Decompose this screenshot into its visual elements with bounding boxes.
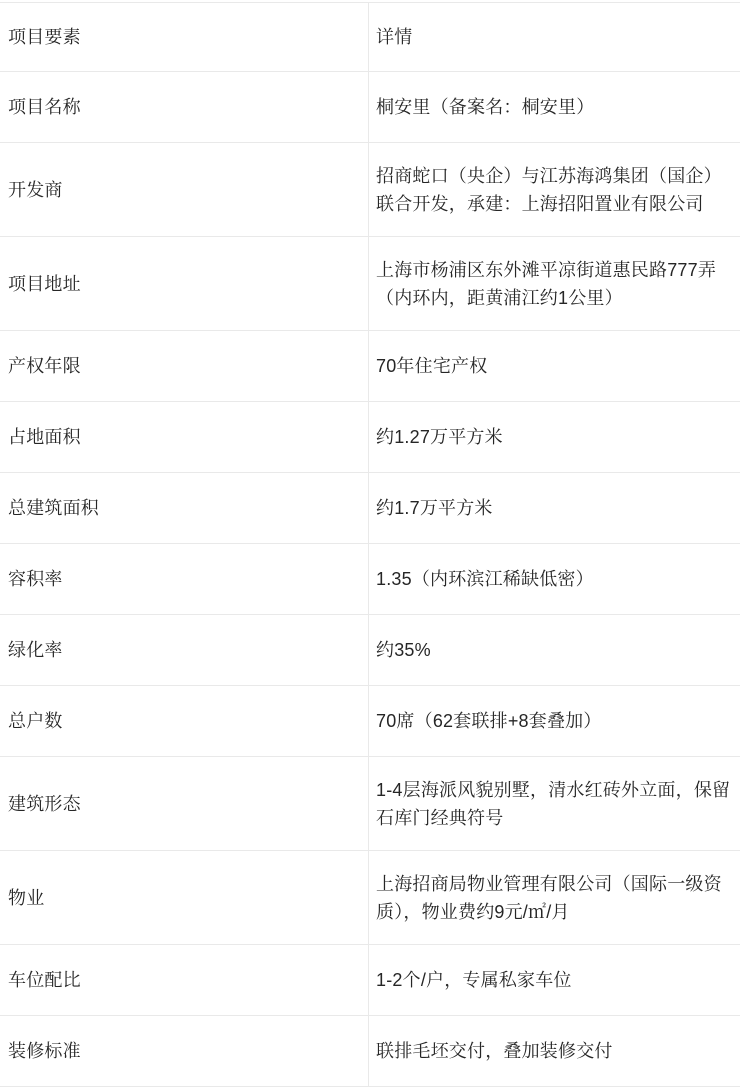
row-key: 开发商 [0,143,368,236]
row-key: 产权年限 [0,331,368,401]
row-key: 物业 [0,851,368,944]
table-row-plot-ratio: 容积率 1.35（内环滨江稀缺低密） [0,544,740,615]
table-row-developer: 开发商 招商蛇口（央企）与江苏海鸿集团（国企） 联合开发，承建：上海招阳置业有限… [0,143,740,237]
row-key: 绿化率 [0,615,368,685]
row-value: 1-2个/户，专属私家车位 [368,945,740,1015]
row-key: 总建筑面积 [0,473,368,543]
table-row-parking-ratio: 车位配比 1-2个/户，专属私家车位 [0,945,740,1016]
row-value: 约1.7万平方米 [368,473,740,543]
table-row-project-name: 项目名称 桐安里（备案名：桐安里） [0,72,740,143]
row-value: 招商蛇口（央企）与江苏海鸿集团（国企） 联合开发，承建：上海招阳置业有限公司 [368,143,740,236]
row-key: 占地面积 [0,402,368,472]
row-value: 上海招商局物业管理有限公司（国际一级资 质），物业费约9元/㎡/月 [368,851,740,944]
table-row-decoration-standard: 装修标准 联排毛坯交付，叠加装修交付 [0,1016,740,1087]
row-key: 车位配比 [0,945,368,1015]
row-value: 1.35（内环滨江稀缺低密） [368,544,740,614]
table-row-floor-area: 总建筑面积 约1.7万平方米 [0,473,740,544]
row-key: 项目地址 [0,237,368,330]
row-key: 总户数 [0,686,368,756]
table-row-greening-rate: 绿化率 约35% [0,615,740,686]
table-row-property-management: 物业 上海招商局物业管理有限公司（国际一级资 质），物业费约9元/㎡/月 [0,851,740,945]
table-row-building-form: 建筑形态 1-4层海派风貌别墅，清水红砖外立面，保留 石库门经典符号 [0,757,740,851]
row-value: 桐安里（备案名：桐安里） [368,72,740,142]
table-row-land-area: 占地面积 约1.27万平方米 [0,402,740,473]
row-value: 约35% [368,615,740,685]
project-info-table: 项目要素 详情 项目名称 桐安里（备案名：桐安里） 开发商 招商蛇口（央企）与江… [0,2,740,1087]
row-value: 联排毛坯交付，叠加装修交付 [368,1016,740,1086]
table-row-tenure: 产权年限 70年住宅产权 [0,331,740,402]
row-value: 上海市杨浦区东外滩平凉街道惠民路777弄 （内环内，距黄浦江约1公里） [368,237,740,330]
row-key: 建筑形态 [0,757,368,850]
row-key: 项目名称 [0,72,368,142]
header-value-cell: 详情 [368,3,740,71]
row-key: 容积率 [0,544,368,614]
header-key-cell: 项目要素 [0,3,368,71]
row-key: 装修标准 [0,1016,368,1086]
row-value: 1-4层海派风貌别墅，清水红砖外立面，保留 石库门经典符号 [368,757,740,850]
row-value: 70席（62套联排+8套叠加） [368,686,740,756]
table-row-total-units: 总户数 70席（62套联排+8套叠加） [0,686,740,757]
table-row-address: 项目地址 上海市杨浦区东外滩平凉街道惠民路777弄 （内环内，距黄浦江约1公里） [0,237,740,331]
row-value: 约1.27万平方米 [368,402,740,472]
row-value: 70年住宅产权 [368,331,740,401]
table-header-row: 项目要素 详情 [0,3,740,72]
